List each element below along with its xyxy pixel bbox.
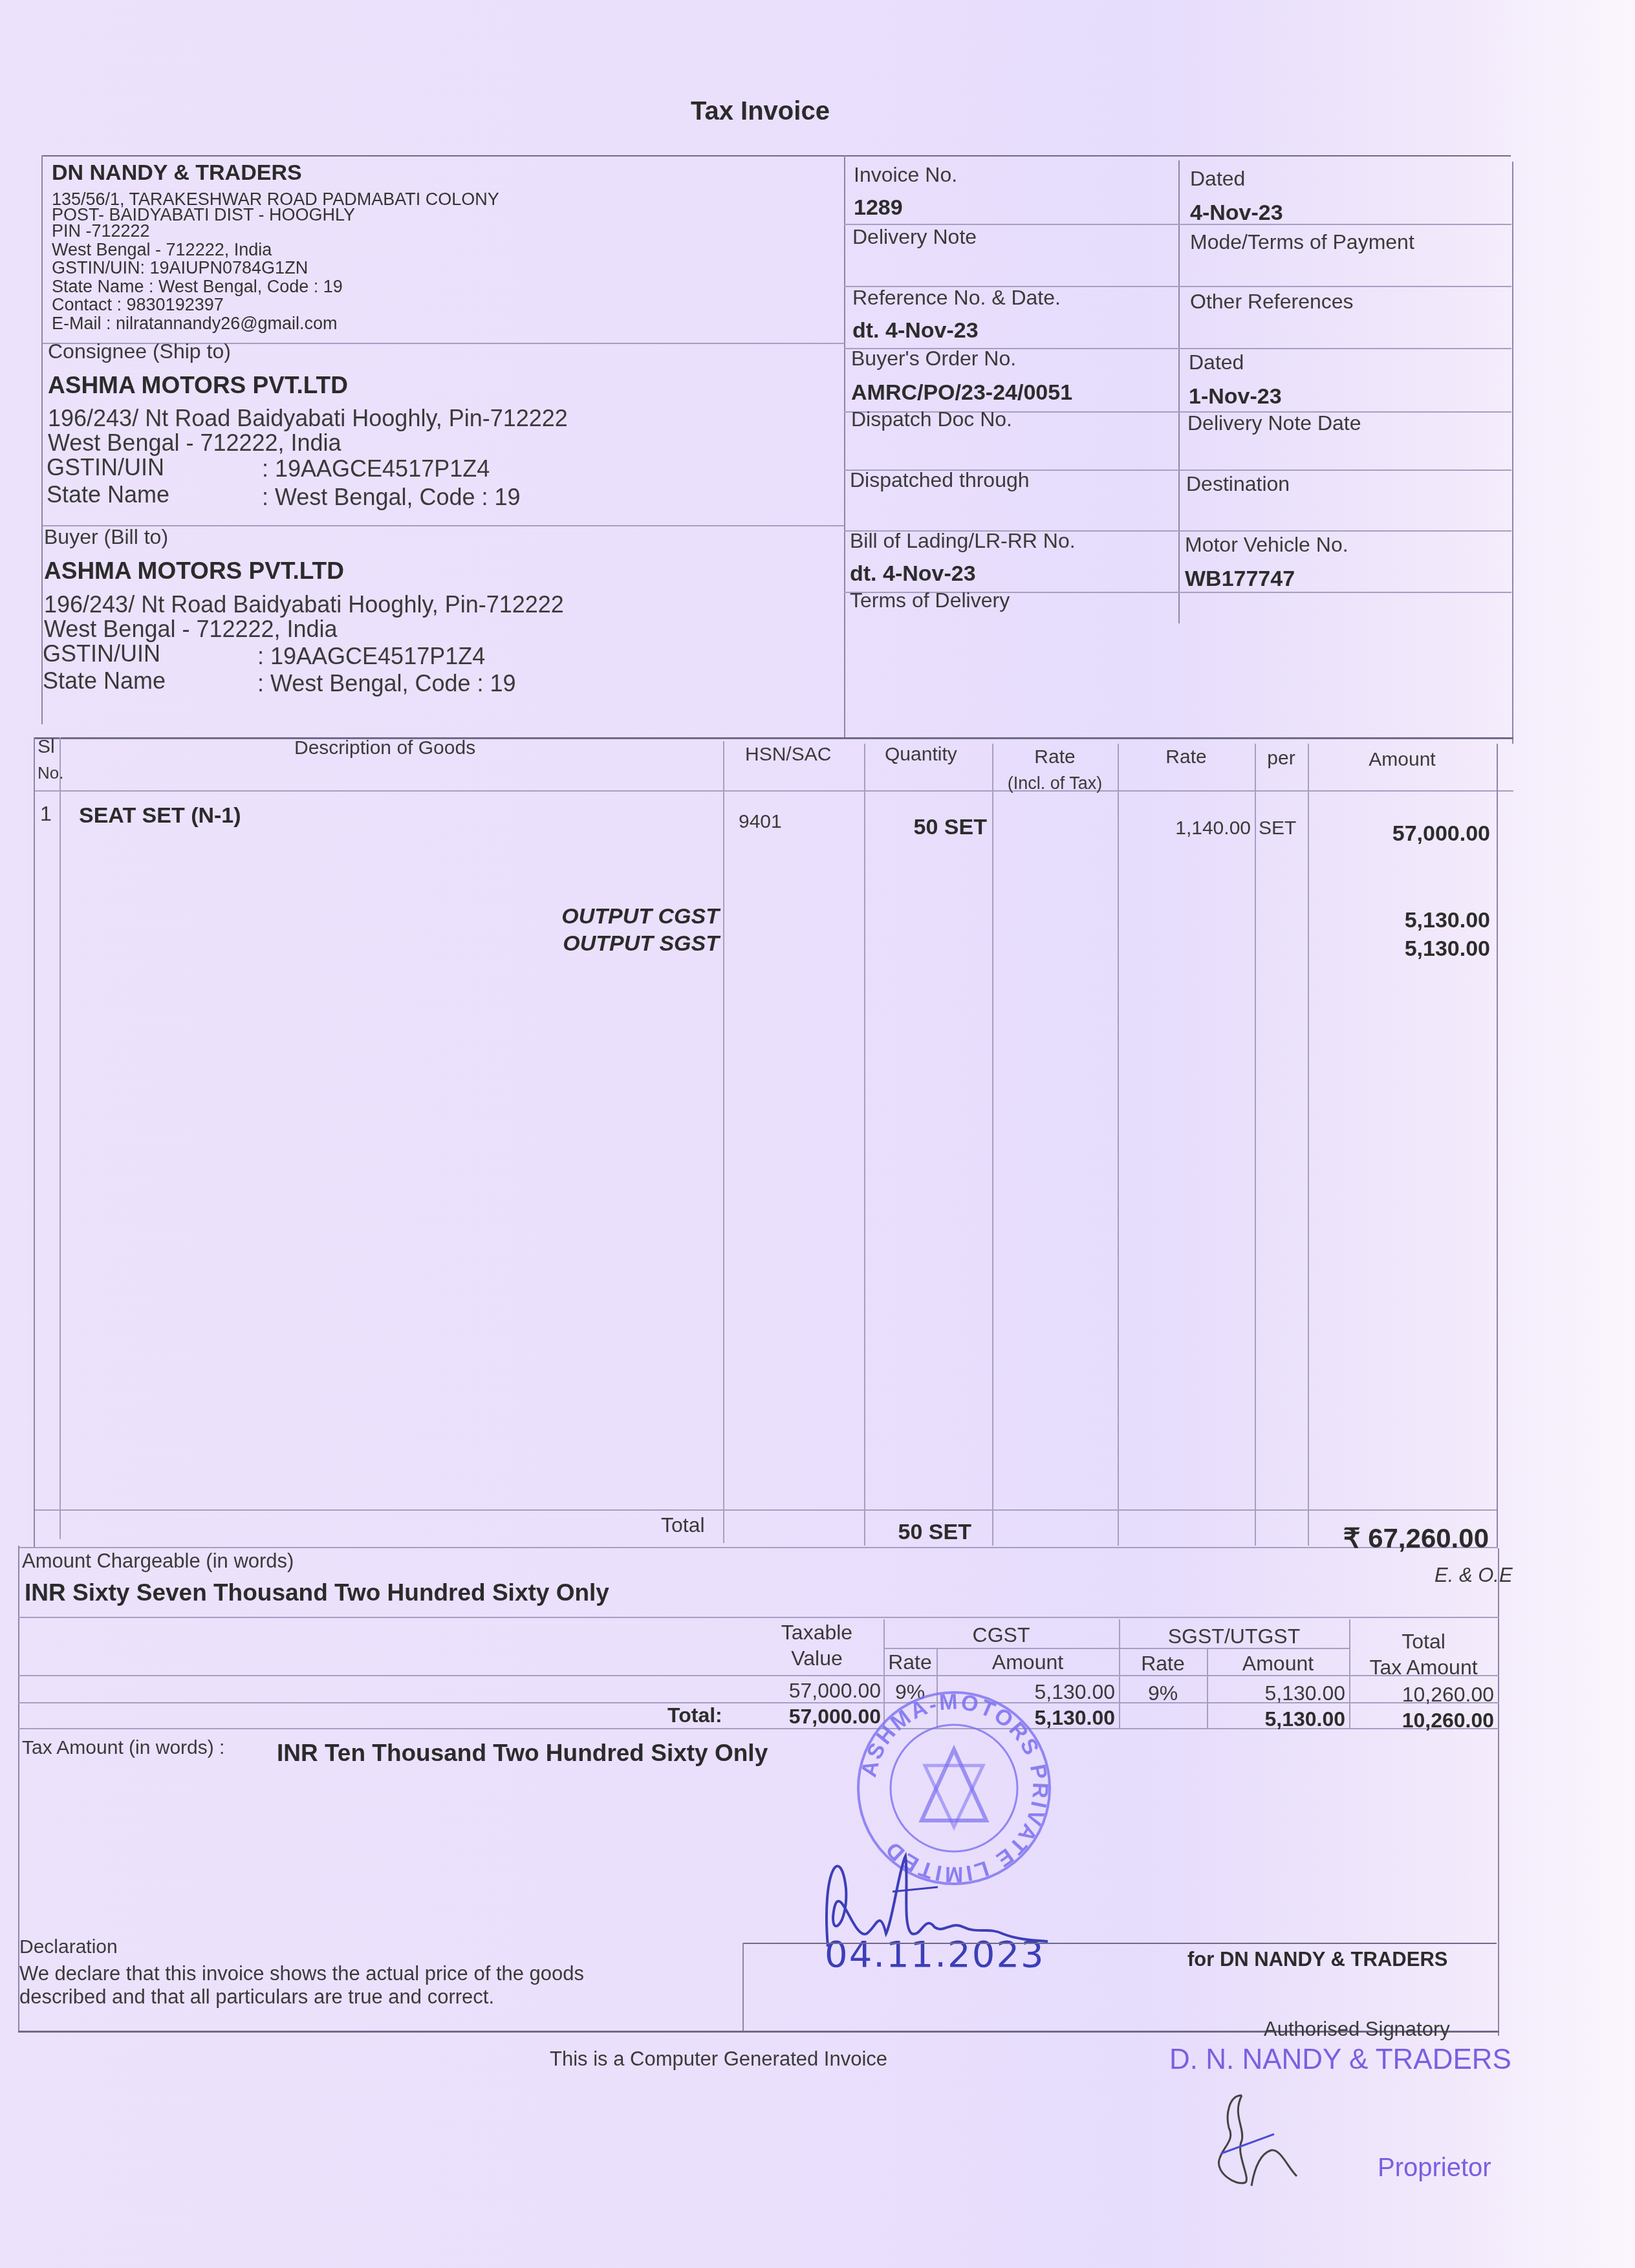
- col-header-description: Description of Goods: [294, 737, 475, 759]
- col-header-hsn: HSN/SAC: [745, 744, 831, 766]
- col-header-per: per: [1255, 748, 1308, 770]
- delivery-note-label: Delivery Note: [852, 225, 977, 249]
- seller-address-line: West Bengal - 712222, India: [52, 241, 272, 259]
- declaration-heading: Declaration: [19, 1936, 118, 1958]
- total-tax-header-2: Tax Amount: [1349, 1656, 1498, 1679]
- invoice-no: 1289: [854, 195, 903, 221]
- computer-generated-note: This is a Computer Generated Invoice: [550, 2047, 887, 2071]
- invoice-date: 4-Nov-23: [1190, 200, 1283, 226]
- consignee-state-label: State Name: [47, 481, 169, 508]
- col-header-rate-incl: Rate: [992, 746, 1118, 768]
- sgst-header: SGST/UTGST: [1119, 1625, 1349, 1648]
- col-sep: [60, 737, 61, 1539]
- cgst-header: CGST: [883, 1623, 1119, 1647]
- frame-left: [41, 155, 43, 724]
- total-row-bottom: [19, 1547, 1498, 1548]
- seller-name: DN NANDY & TRADERS: [52, 160, 302, 186]
- row-sl: 1: [40, 802, 52, 826]
- sgst-amount: 5,130.00: [1207, 1681, 1345, 1705]
- consignee-gstin-value: : 19AAGCE4517P1Z4: [262, 455, 490, 482]
- payment-terms-label: Mode/Terms of Payment: [1190, 230, 1414, 254]
- buyers-order-no: AMRC/PO/23-24/0051: [851, 380, 1072, 405]
- signature-icon: [1216, 2089, 1306, 2192]
- declaration-text: We declare that this invoice shows the a…: [19, 1962, 584, 1985]
- row-quantity: 50 SET: [864, 815, 987, 840]
- seller-contact: Contact : 9830192397: [52, 296, 224, 314]
- buyer-state-value: : West Bengal, Code : 19: [257, 670, 516, 697]
- dispatch-doc-label: Dispatch Doc No.: [851, 407, 1012, 431]
- col-sep: [723, 741, 724, 1543]
- dispatched-through-label: Dispatched through: [850, 468, 1030, 492]
- order-dated-label: Dated: [1189, 351, 1244, 374]
- consignee-address: West Bengal - 712222, India: [48, 429, 341, 457]
- col-header-rate-incl-sub: (Incl. of Tax): [992, 773, 1118, 794]
- col-sep: [992, 744, 993, 1546]
- buyers-order-label: Buyer's Order No.: [851, 347, 1016, 371]
- buyer-state-label: State Name: [43, 667, 166, 695]
- buyer-address: 196/243/ Nt Road Baidyabati Hooghly, Pin…: [44, 591, 564, 618]
- tax-line-label: OUTPUT CGST: [453, 904, 719, 929]
- destination-label: Destination: [1186, 472, 1290, 496]
- tax-words-value: INR Ten Thousand Two Hundred Sixty Only: [277, 1740, 768, 1767]
- items-header-bottom: [35, 790, 1513, 792]
- reference-label: Reference No. & Date.: [852, 286, 1061, 310]
- sgst-rate-header: Rate: [1119, 1652, 1207, 1676]
- sgst-amount-header: Amount: [1207, 1652, 1349, 1676]
- tax-line-amount: 5,130.00: [1308, 936, 1490, 962]
- frame-right: [1512, 162, 1513, 744]
- buyer-heading: Buyer (Bill to): [44, 525, 168, 549]
- bill-of-lading-value: dt. 4-Nov-23: [850, 561, 976, 587]
- row-hsn: 9401: [739, 811, 782, 833]
- col-sep: [864, 744, 865, 1546]
- total-label: Total: [661, 1513, 705, 1537]
- buyer-gstin-value: : 19AAGCE4517P1Z4: [257, 643, 485, 670]
- seller-gstin: GSTIN/UIN: 19AIUPN0784G1ZN: [52, 259, 308, 277]
- buyer-gstin-label: GSTIN/UIN: [43, 640, 160, 667]
- taxable-value-header-2: Value: [750, 1647, 883, 1670]
- invoice-no-label: Invoice No.: [854, 163, 957, 187]
- other-references-label: Other References: [1190, 290, 1354, 314]
- signatory-box-left: [742, 1943, 744, 2031]
- col-sep: [1255, 744, 1256, 1546]
- cgst-rate-header: Rate: [883, 1650, 937, 1674]
- reference-value: dt. 4-Nov-23: [852, 318, 979, 343]
- meta-divider: [1178, 160, 1180, 623]
- row-amount: 57,000.00: [1308, 821, 1490, 847]
- col-header-sl: Sl: [38, 736, 55, 758]
- tax-table-top: [18, 1617, 1499, 1618]
- dated-label: Dated: [1190, 167, 1245, 191]
- col-sep: [1308, 744, 1309, 1546]
- total-tax-header: Total: [1349, 1630, 1498, 1654]
- total-tax-total: 10,260.00: [1349, 1709, 1494, 1733]
- sgst-amount-total: 5,130.00: [1207, 1707, 1345, 1731]
- frame-top: [43, 155, 1511, 157]
- sgst-rate: 9%: [1119, 1681, 1207, 1705]
- col-header-rate: Rate: [1118, 746, 1255, 768]
- tax-total-label: Total:: [667, 1703, 722, 1727]
- buyer-name: ASHMA MOTORS PVT.LTD: [44, 557, 344, 585]
- header-divider: [844, 155, 845, 737]
- seller-stamp-name: D. N. NANDY & TRADERS: [1169, 2044, 1511, 2076]
- motor-vehicle-no: WB177747: [1185, 567, 1295, 592]
- delivery-note-date-label: Delivery Note Date: [1187, 411, 1361, 435]
- handwritten-date: 04.11.2023: [825, 1934, 1045, 1976]
- total-tax: 10,260.00: [1349, 1683, 1494, 1707]
- buyer-address: West Bengal - 712222, India: [44, 616, 338, 643]
- total-row-top: [35, 1509, 1497, 1511]
- consignee-name: ASHMA MOTORS PVT.LTD: [48, 372, 348, 399]
- bill-of-lading-label: Bill of Lading/LR-RR No.: [850, 529, 1076, 553]
- seller-address-line: PIN -712222: [52, 222, 150, 241]
- row-per: SET: [1259, 817, 1296, 839]
- authorised-signatory-label: Authorised Signatory: [1264, 2018, 1450, 2041]
- motor-vehicle-label: Motor Vehicle No.: [1185, 533, 1348, 557]
- consignee-gstin-label: GSTIN/UIN: [47, 454, 164, 481]
- total-amount: ₹ 67,260.00: [1281, 1522, 1489, 1554]
- taxable-value-header: Taxable: [750, 1621, 883, 1645]
- col-header-quantity: Quantity: [885, 744, 957, 766]
- signatory-box-top: [742, 1943, 1497, 1944]
- amount-words-label: Amount Chargeable (in words): [22, 1550, 294, 1573]
- seller-handwritten-signature: [1216, 2089, 1306, 2192]
- row-rate: 1,140.00: [1118, 817, 1251, 839]
- col-header-sl-sub: No.: [38, 763, 63, 783]
- seller-state: State Name : West Bengal, Code : 19: [52, 277, 343, 296]
- col-sep: [1118, 744, 1119, 1546]
- tax-words-label: Tax Amount (in words) :: [22, 1737, 224, 1759]
- items-left-border: [34, 737, 35, 1548]
- tax-line-amount: 5,130.00: [1308, 908, 1490, 933]
- consignee-heading: Consignee (Ship to): [48, 340, 231, 363]
- total-quantity: 50 SET: [864, 1520, 971, 1545]
- seller-stamp-role: Proprietor: [1378, 2154, 1491, 2183]
- lower-right-border: [1498, 1548, 1499, 2036]
- cgst-amount-header: Amount: [937, 1650, 1119, 1674]
- consignee-state-value: : West Bengal, Code : 19: [262, 484, 521, 511]
- order-date: 1-Nov-23: [1189, 384, 1282, 409]
- terms-of-delivery-label: Terms of Delivery: [850, 589, 1010, 612]
- amount-words-value: INR Sixty Seven Thousand Two Hundred Six…: [25, 1579, 609, 1606]
- page-title: Tax Invoice: [691, 97, 830, 126]
- eoe-note: E. & O.E: [1435, 1564, 1513, 1587]
- items-right-border: [1497, 744, 1498, 1548]
- consignee-address: 196/243/ Nt Road Baidyabati Hooghly, Pin…: [48, 405, 568, 432]
- items-table-top: [35, 737, 1513, 739]
- for-company-label: for DN NANDY & TRADERS: [1187, 1948, 1447, 1971]
- tax-line-label: OUTPUT SGST: [453, 931, 719, 956]
- seller-email: E-Mail : nilratannandy26@gmail.com: [52, 314, 338, 333]
- col-header-amount: Amount: [1308, 749, 1497, 771]
- row-description: SEAT SET (N-1): [79, 803, 241, 828]
- declaration-text: described and that all particulars are t…: [19, 1985, 494, 2009]
